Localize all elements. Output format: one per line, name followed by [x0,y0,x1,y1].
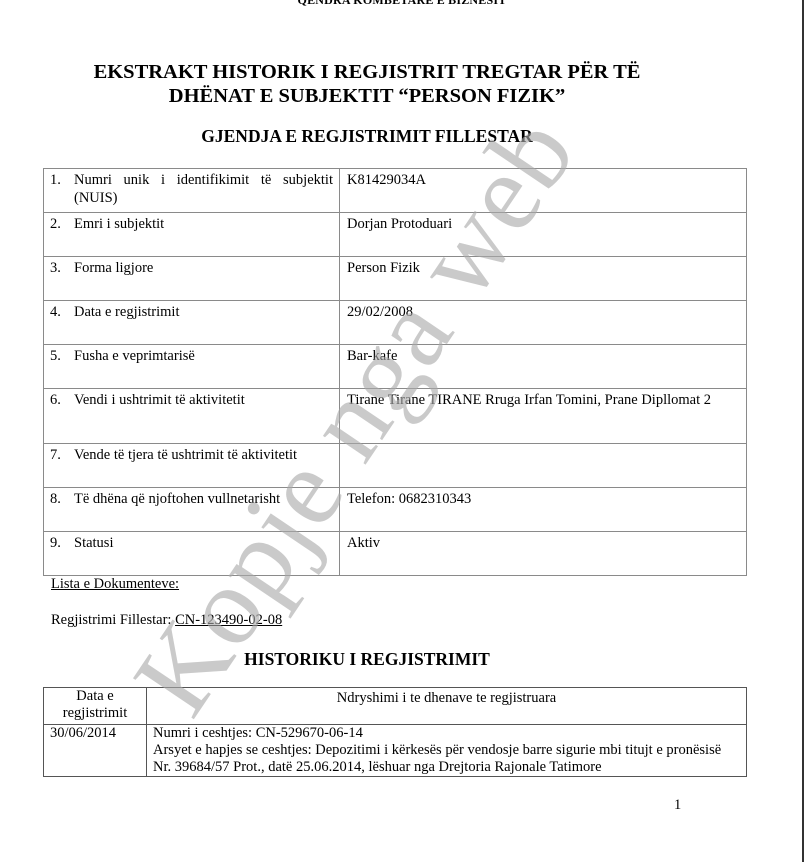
history-header-change: Ndryshimi i te dhenave te regjistruara [147,688,747,725]
registration-row: 4.Data e regjistrimit29/02/2008 [44,301,747,345]
registration-field-value: Aktiv [340,532,747,576]
registration-row: 9.StatusiAktiv [44,532,747,576]
registration-row: 2.Emri i subjektitDorjan Protoduari [44,213,747,257]
registration-field-label: 4.Data e regjistrimit [44,301,340,345]
registration-field-label: 9.Statusi [44,532,340,576]
registration-row: 5.Fusha e veprimtarisëBar-kafe [44,345,747,389]
registration-field-label: 8.Të dhëna që njoftohen vullnetarisht [44,488,340,532]
history-row: 30/06/2014 Numri i ceshtjes: CN-529670-0… [44,725,747,777]
history-header-row: Data e regjistrimit Ndryshimi i te dhena… [44,688,747,725]
history-header-date: Data e regjistrimit [44,688,147,725]
section-history-heading: HISTORIKU I REGJISTRIMIT [0,649,734,670]
field-label-text: Data e regjistrimit [74,303,333,321]
registration-field-value: Tirane Tirane TIRANE Rruga Irfan Tomini,… [340,389,747,444]
registration-field-value: Dorjan Protoduari [340,213,747,257]
row-number: 3. [50,259,74,277]
registration-row: 3.Forma ligjorePerson Fizik [44,257,747,301]
row-number: 5. [50,347,74,365]
row-number: 6. [50,391,74,409]
history-case-reason: Arsyet e hapjes se ceshtjes: Depozitimi … [153,742,742,776]
row-number: 1. [50,171,74,207]
history-date: 30/06/2014 [44,725,147,777]
organization-header: QENDRA KOMBETARE E BIZNESIT [0,0,804,8]
section-initial-registration-heading: GJENDJA E REGJISTRIMIT FILLESTAR [40,126,694,147]
registration-field-label: 1.Numri unik i identifikimit të subjekti… [44,169,340,213]
registration-field-label: 7.Vende të tjera të ushtrimit të aktivit… [44,444,340,488]
registration-row: 8.Të dhëna që njoftohen vullnetarishtTel… [44,488,747,532]
registration-field-label: 2.Emri i subjektit [44,213,340,257]
documents-list-label: Lista e Dokumenteve: [51,576,179,593]
registration-field-value: Person Fizik [340,257,747,301]
field-label-text: Vendi i ushtrimit të aktivitetit [74,391,333,409]
initial-registration-code-link[interactable]: CN-123490-02-08 [175,612,282,628]
initial-registration-label: Regjistrimi Fillestar: [51,612,175,628]
field-label-text: Numri unik i identifikimit të subjektit … [74,171,333,207]
registration-field-value: K81429034A [340,169,747,213]
row-number: 8. [50,490,74,508]
row-number: 4. [50,303,74,321]
registration-row: 1.Numri unik i identifikimit të subjekti… [44,169,747,213]
field-label-text: Fusha e veprimtarisë [74,347,333,365]
history-table: Data e regjistrimit Ndryshimi i te dhena… [43,687,747,777]
field-label-text: Të dhëna që njoftohen vullnetarisht [74,490,333,508]
page-number: 1 [674,797,681,814]
registration-field-value: Bar-kafe [340,345,747,389]
registration-field-value: Telefon: 0682310343 [340,488,747,532]
registration-row: 6.Vendi i ushtrimit të aktivitetitTirane… [44,389,747,444]
field-label-text: Vende të tjera të ushtrimit të aktivitet… [74,446,333,464]
registration-field-label: 5.Fusha e veprimtarisë [44,345,340,389]
registration-field-value: 29/02/2008 [340,301,747,345]
row-number: 9. [50,534,74,552]
initial-registration-line: Regjistrimi Fillestar: CN-123490-02-08 [51,612,282,629]
registration-field-label: 6.Vendi i ushtrimit të aktivitetit [44,389,340,444]
title-line-2: DHËNAT E SUBJEKTIT “PERSON FIZIK” [40,84,694,108]
document-title: EKSTRAKT HISTORIK I REGJISTRIT TREGTAR P… [40,60,694,108]
registration-row: 7.Vende të tjera të ushtrimit të aktivit… [44,444,747,488]
field-label-text: Statusi [74,534,333,552]
title-line-1: EKSTRAKT HISTORIK I REGJISTRIT TREGTAR P… [40,60,694,84]
row-number: 7. [50,446,74,464]
registration-table: 1.Numri unik i identifikimit të subjekti… [43,168,747,576]
registration-field-label: 3.Forma ligjore [44,257,340,301]
field-label-text: Emri i subjektit [74,215,333,233]
history-case-number: Numri i ceshtjes: CN-529670-06-14 [153,725,742,742]
field-label-text: Forma ligjore [74,259,333,277]
row-number: 2. [50,215,74,233]
history-change: Numri i ceshtjes: CN-529670-06-14 Arsyet… [147,725,747,777]
registration-field-value [340,444,747,488]
